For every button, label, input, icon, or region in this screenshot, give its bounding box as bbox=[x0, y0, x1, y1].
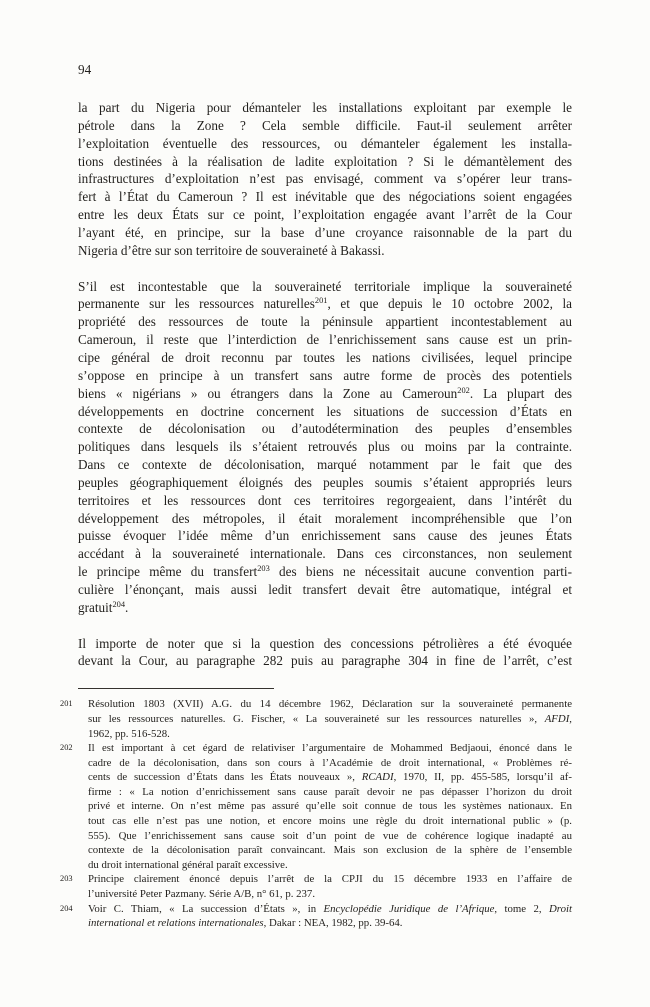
text-line: sur les ressources naturelles. G. Fische… bbox=[88, 712, 572, 727]
footnote-number: 203 bbox=[60, 872, 73, 886]
text-line: Principe clairement énoncé depuis l’arrê… bbox=[88, 872, 572, 887]
text-line: l’université Peter Pazmany. Série A/B, n… bbox=[88, 887, 572, 902]
text-line: cadre de la décolonisation, dans son cou… bbox=[88, 756, 572, 771]
text-line: biens « nigérians » ou étrangers dans la… bbox=[78, 385, 572, 403]
text-line: accédant à la souveraineté international… bbox=[78, 545, 572, 563]
text-line: développement des métropoles, il était m… bbox=[78, 510, 572, 528]
text-run: sur les ressources naturelles. G. Fische… bbox=[88, 713, 545, 725]
text-run: tout cas elle n’est pas une notion, et e… bbox=[88, 815, 572, 827]
text-line: propriété des ressources de toute la pén… bbox=[78, 313, 572, 331]
text-run: Cameroun, il reste que l’interdiction de… bbox=[78, 332, 572, 347]
text-run: entre les deux États sur ce point, l’exp… bbox=[78, 207, 572, 222]
text-run: des biens ne nécessitait aucune conventi… bbox=[270, 564, 572, 579]
text-line: Il est important à cet égard de relativi… bbox=[88, 741, 572, 756]
text-line: peuples géographiquement éloignés des pe… bbox=[78, 474, 572, 492]
book-page: 94 la part du Nigeria pour démanteler le… bbox=[0, 0, 650, 1007]
text-line: puisse évoquer l’idée même d’un enrichis… bbox=[78, 527, 572, 545]
text-run: cadre de la décolonisation, dans son cou… bbox=[88, 757, 572, 769]
text-run: , 1970, II, pp. 455-585, lorsqu’il af- bbox=[394, 771, 572, 783]
footnote: 201Résolution 1803 (XVII) A.G. du 14 déc… bbox=[78, 697, 572, 741]
footnote-number: 202 bbox=[60, 741, 73, 755]
footnote: 202Il est important à cet égard de relat… bbox=[78, 741, 572, 872]
text-line: contexte de la décolonisation paraît con… bbox=[88, 843, 572, 858]
text-run: Principe clairement énoncé depuis l’arrê… bbox=[88, 873, 572, 885]
text-run: territoires et les ressources dont ces t… bbox=[78, 493, 572, 508]
text-run: . bbox=[125, 600, 128, 615]
footnote-ref: 201 bbox=[315, 296, 328, 305]
text-run: développement des métropoles, il était m… bbox=[78, 511, 572, 526]
text-line: gratuit204. bbox=[78, 599, 572, 617]
text-run: privé et interne. On n’est même pas assu… bbox=[88, 800, 572, 812]
text-line: tions destinées à la réalisation de ladi… bbox=[78, 153, 572, 171]
text-run: , Dakar : NEA, 1982, pp. 39-64. bbox=[264, 917, 403, 929]
text-line: Il importe de noter que si la question d… bbox=[78, 635, 572, 653]
text-line: Cameroun, il reste que l’interdiction de… bbox=[78, 331, 572, 349]
text-line: firme : « La notion d’enrichissement san… bbox=[88, 785, 572, 800]
text-line: culière l’énonçant, mais aussi ledit tra… bbox=[78, 581, 572, 599]
text-run: l’université Peter Pazmany. Série A/B, n… bbox=[88, 888, 315, 900]
text-run: peuples géographiquement éloignés des pe… bbox=[78, 475, 572, 490]
text-line: privé et interne. On n’est même pas assu… bbox=[88, 799, 572, 814]
text-line: Voir C. Thiam, « La succession d’États »… bbox=[88, 902, 572, 917]
text-run: , bbox=[569, 713, 572, 725]
text-line: le principe même du transfert203 des bie… bbox=[78, 563, 572, 581]
footnote: 204Voir C. Thiam, « La succession d’État… bbox=[78, 902, 572, 931]
text-run: Voir C. Thiam, « La succession d’États »… bbox=[88, 903, 324, 915]
text-run: puisse évoquer l’idée même d’un enrichis… bbox=[78, 528, 572, 543]
text-run: développements en doctrine concernent le… bbox=[78, 404, 572, 419]
footnotes-section: 201Résolution 1803 (XVII) A.G. du 14 déc… bbox=[78, 697, 572, 931]
text-line: s’oppose en principe à un transfert sans… bbox=[78, 367, 572, 385]
text-line: développements en doctrine concernent le… bbox=[78, 403, 572, 421]
text-run: contexte de la décolonisation paraît con… bbox=[88, 844, 572, 856]
italic-text: Droit bbox=[549, 903, 572, 915]
text-run: Il importe de noter que si la question d… bbox=[78, 636, 572, 651]
text-run: politiques dans lesquels ils s’étaient r… bbox=[78, 439, 572, 454]
text-run: Dans ce contexte de décolonisation, marq… bbox=[78, 457, 572, 472]
text-line: la part du Nigeria pour démanteler les i… bbox=[78, 99, 572, 117]
text-line: l’exploitation éventuelle des ressources… bbox=[78, 135, 572, 153]
italic-text: AFDI bbox=[545, 713, 570, 725]
text-run: permanente sur les ressources naturelles bbox=[78, 296, 315, 311]
text-line: l’ayant été, en principe, sur la base d’… bbox=[78, 224, 572, 242]
text-run: l’ayant été, en principe, sur la base d’… bbox=[78, 225, 572, 240]
footnote-number: 204 bbox=[60, 902, 73, 916]
text-run: . La plupart des bbox=[470, 386, 572, 401]
text-run: Nigeria d’être sur son territoire de sou… bbox=[78, 243, 385, 258]
footnote-number: 201 bbox=[60, 697, 73, 711]
text-line: S’il est incontestable que la souveraine… bbox=[78, 278, 572, 296]
text-run: culière l’énonçant, mais aussi ledit tra… bbox=[78, 582, 572, 597]
text-line: tout cas elle n’est pas une notion, et e… bbox=[88, 814, 572, 829]
text-run: S’il est incontestable que la souveraine… bbox=[78, 279, 572, 294]
text-run: Résolution 1803 (XVII) A.G. du 14 décemb… bbox=[88, 698, 572, 710]
text-line: infrastructures d’exploitation n’est pas… bbox=[78, 170, 572, 188]
text-run: 555). Que l’enrichissement sans cause so… bbox=[88, 830, 572, 842]
text-run: gratuit bbox=[78, 600, 112, 615]
text-line: fert à l’État du Cameroun ? Il est inévi… bbox=[78, 188, 572, 206]
footnote-ref: 204 bbox=[112, 600, 125, 609]
text-line: politiques dans lesquels ils s’étaient r… bbox=[78, 438, 572, 456]
footnote-ref: 202 bbox=[457, 386, 470, 395]
text-run: infrastructures d’exploitation n’est pas… bbox=[78, 171, 572, 186]
text-line: 1962, pp. 516-528. bbox=[88, 727, 572, 742]
text-run: pétrole dans la Zone ? Cela semble diffi… bbox=[78, 118, 572, 133]
text-line: pétrole dans la Zone ? Cela semble diffi… bbox=[78, 117, 572, 135]
paragraph: Il importe de noter que si la question d… bbox=[78, 635, 572, 671]
text-line: du droit international général paraît ex… bbox=[88, 858, 572, 873]
text-line: Résolution 1803 (XVII) A.G. du 14 décemb… bbox=[88, 697, 572, 712]
text-run: Il est important à cet égard de relativi… bbox=[88, 742, 572, 754]
text-line: 555). Que l’enrichissement sans cause so… bbox=[88, 829, 572, 844]
page-number: 94 bbox=[78, 61, 91, 78]
text-run: firme : « La notion d’enrichissement san… bbox=[88, 786, 572, 798]
page-content: la part du Nigeria pour démanteler les i… bbox=[78, 99, 572, 931]
italic-text: Encyclopédie Juridique de l’Afrique bbox=[324, 903, 495, 915]
paragraph: S’il est incontestable que la souveraine… bbox=[78, 278, 572, 617]
text-line: permanente sur les ressources naturelles… bbox=[78, 295, 572, 313]
text-line: territoires et les ressources dont ces t… bbox=[78, 492, 572, 510]
text-run: accédant à la souveraineté international… bbox=[78, 546, 572, 561]
text-run: la part du Nigeria pour démanteler les i… bbox=[78, 100, 572, 115]
text-line: contexte de décolonisation ou d’autodéte… bbox=[78, 420, 572, 438]
text-run: , et que depuis le 10 octobre 2002, la bbox=[327, 296, 572, 311]
italic-text: RCADI bbox=[362, 771, 394, 783]
text-run: cipe général de droit reconnu par toutes… bbox=[78, 350, 572, 365]
text-run: , tome 2, bbox=[494, 903, 549, 915]
text-line: entre les deux États sur ce point, l’exp… bbox=[78, 206, 572, 224]
text-line: Dans ce contexte de décolonisation, marq… bbox=[78, 456, 572, 474]
footnote: 203Principe clairement énoncé depuis l’a… bbox=[78, 872, 572, 901]
paragraph: la part du Nigeria pour démanteler les i… bbox=[78, 99, 572, 260]
text-run: l’exploitation éventuelle des ressources… bbox=[78, 136, 572, 151]
text-run: biens « nigérians » ou étrangers dans la… bbox=[78, 386, 457, 401]
text-run: tions destinées à la réalisation de ladi… bbox=[78, 154, 572, 169]
text-run: cents de succession d’États dans les Éta… bbox=[88, 771, 362, 783]
text-run: contexte de décolonisation ou d’autodéte… bbox=[78, 421, 572, 436]
footnote-separator bbox=[78, 688, 274, 689]
text-run: fert à l’État du Cameroun ? Il est inévi… bbox=[78, 189, 572, 204]
text-run: le principe même du transfert bbox=[78, 564, 257, 579]
footnote-ref: 203 bbox=[257, 564, 270, 573]
text-line: devant la Cour, au paragraphe 282 puis a… bbox=[78, 652, 572, 670]
text-run: propriété des ressources de toute la pén… bbox=[78, 314, 572, 329]
text-run: s’oppose en principe à un transfert sans… bbox=[78, 368, 572, 383]
italic-text: international et relations international… bbox=[88, 917, 264, 929]
body-text: la part du Nigeria pour démanteler les i… bbox=[78, 99, 572, 670]
text-line: Nigeria d’être sur son territoire de sou… bbox=[78, 242, 572, 260]
text-run: devant la Cour, au paragraphe 282 puis a… bbox=[78, 653, 572, 668]
text-line: cents de succession d’États dans les Éta… bbox=[88, 770, 572, 785]
text-line: cipe général de droit reconnu par toutes… bbox=[78, 349, 572, 367]
text-run: du droit international général paraît ex… bbox=[88, 859, 288, 871]
text-line: international et relations international… bbox=[88, 916, 572, 931]
text-run: 1962, pp. 516-528. bbox=[88, 728, 170, 740]
